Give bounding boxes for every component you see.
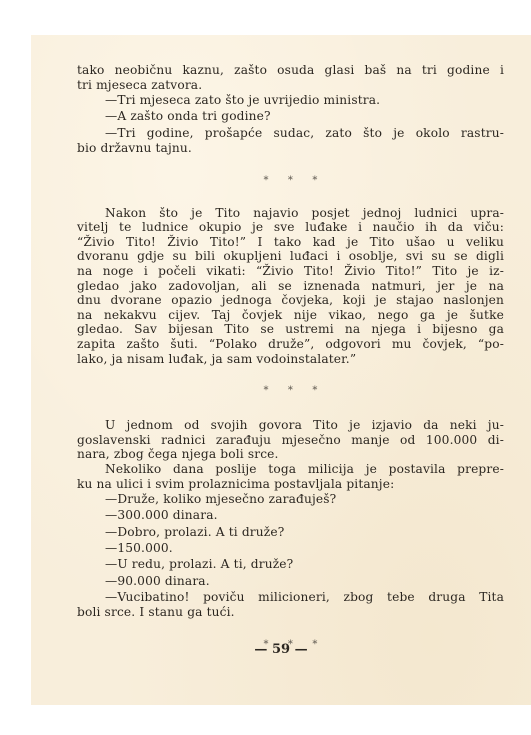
text-line: Nakon što je Tito najavio posjet jednoj … — [77, 206, 504, 221]
text-line: Nekoliko dana poslije toga milicija je p… — [77, 462, 504, 477]
text-line: zapita zašto šuti. “Polako druže”, odgov… — [77, 337, 504, 352]
text-line: lako, ja nisam luđak, ja sam vodoinstala… — [77, 352, 504, 367]
text-line: na nekakvu cijev. Taj čovjek nije vikao,… — [77, 308, 504, 323]
section-separator: * * * — [77, 174, 504, 188]
page-number: — 59 — — [31, 642, 531, 657]
dialogue-line: —Druže, koliko mjesečno zarađuješ? — [77, 491, 504, 507]
dialogue-line: —300.000 dinara. — [77, 507, 504, 523]
text-line: goslavenski radnici zarađuju mjesečno ma… — [77, 433, 504, 448]
text-line: gledao. Sav bijesan Tito se ustremi na n… — [77, 322, 504, 337]
dialogue-line: —U redu, prolazi. A ti, druže? — [77, 556, 504, 572]
dialogue-line: —Tri godine, prošapće sudac, zato što je… — [77, 125, 504, 141]
dialogue-line: —Vucibatino! poviču milicioneri, zbog te… — [77, 589, 504, 605]
book-page: tako neobičnu kaznu, zašto osuda glasi b… — [31, 35, 531, 705]
text-line: tri mjeseca zatvora. — [77, 78, 504, 93]
text-line: boli srce. I stanu ga tući. — [77, 605, 504, 620]
dialogue-line: —A zašto onda tri godine? — [77, 108, 504, 124]
text-line: vitelj te ludnice okupio je sve luđake i… — [77, 220, 504, 235]
text-line: bio državnu tajnu. — [77, 141, 504, 156]
text-line: gledao jako zadovoljan, ali se iznenada … — [77, 279, 504, 294]
text-line: U jednom od svojih govora Tito je izjavi… — [77, 418, 504, 433]
text-line: “Živio Tito! Živio Tito!” I tako kad je … — [77, 235, 504, 250]
dialogue-line: —150.000. — [77, 540, 504, 556]
dialogue-line: —90.000 dinara. — [77, 573, 504, 589]
text-line: dvoranu gdje su bili okupljeni luđaci i … — [77, 249, 504, 264]
page-body: tako neobičnu kaznu, zašto osuda glasi b… — [77, 63, 504, 652]
text-line: nara, zbog čega njega boli srce. — [77, 447, 504, 462]
text-line: ku na ulici i svim prolaznicima postavlj… — [77, 477, 504, 492]
section-separator: * * * — [77, 384, 504, 398]
text-line: na noge i počeli vikati: “Živio Tito! Ži… — [77, 264, 504, 279]
text-line: dnu dvorane opazio jednoga čovjeka, koji… — [77, 293, 504, 308]
dialogue-line: —Dobro, prolazi. A ti druže? — [77, 524, 504, 540]
text-line: tako neobičnu kaznu, zašto osuda glasi b… — [77, 63, 504, 78]
dialogue-line: —Tri mjeseca zato što je uvrijedio minis… — [77, 92, 504, 108]
